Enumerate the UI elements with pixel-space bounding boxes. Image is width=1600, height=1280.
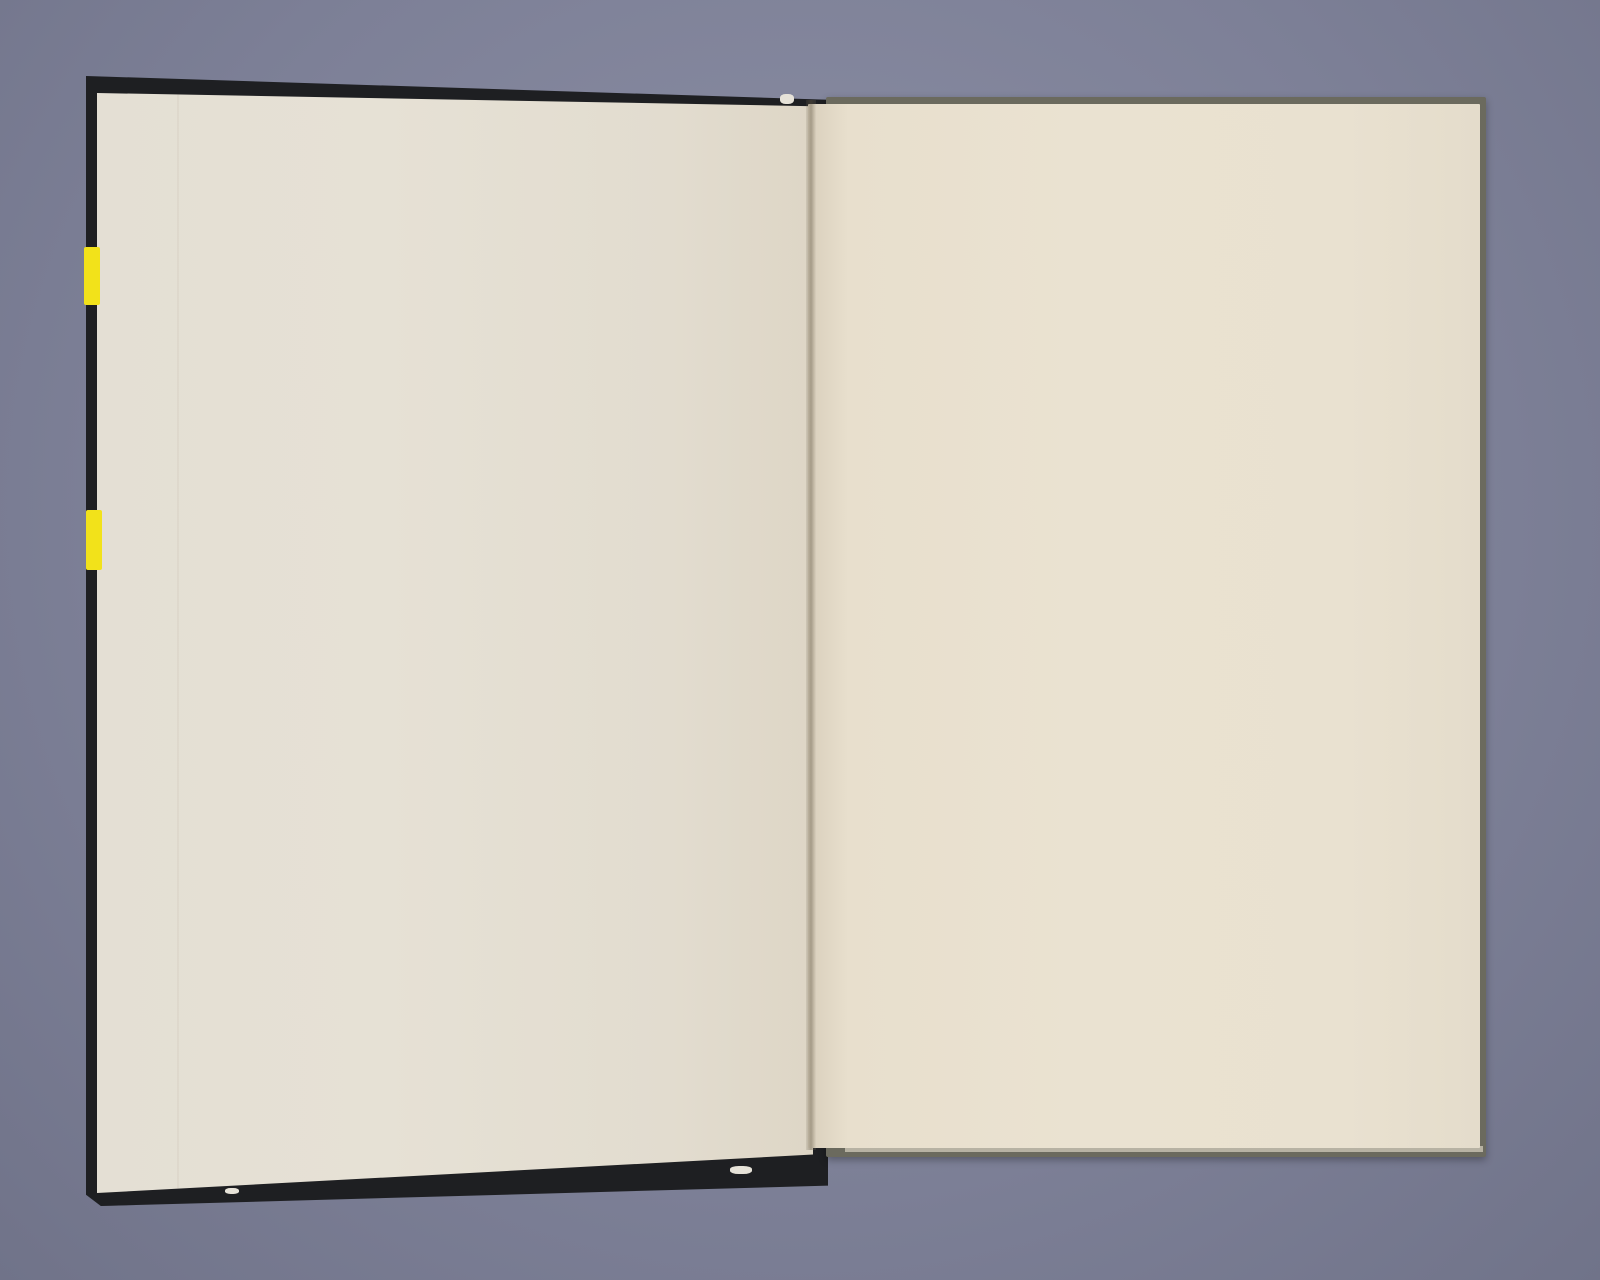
cover-wear-spot [225,1188,239,1194]
cover-wear-spot [730,1166,752,1174]
yellow-tape-mark [84,247,100,305]
cover-wear-spot [780,94,794,104]
right-endpaper [808,104,1480,1148]
left-endpaper [97,93,813,1193]
yellow-tape-mark [86,510,102,570]
book-gutter [806,100,816,1150]
book-photo [0,0,1600,1280]
